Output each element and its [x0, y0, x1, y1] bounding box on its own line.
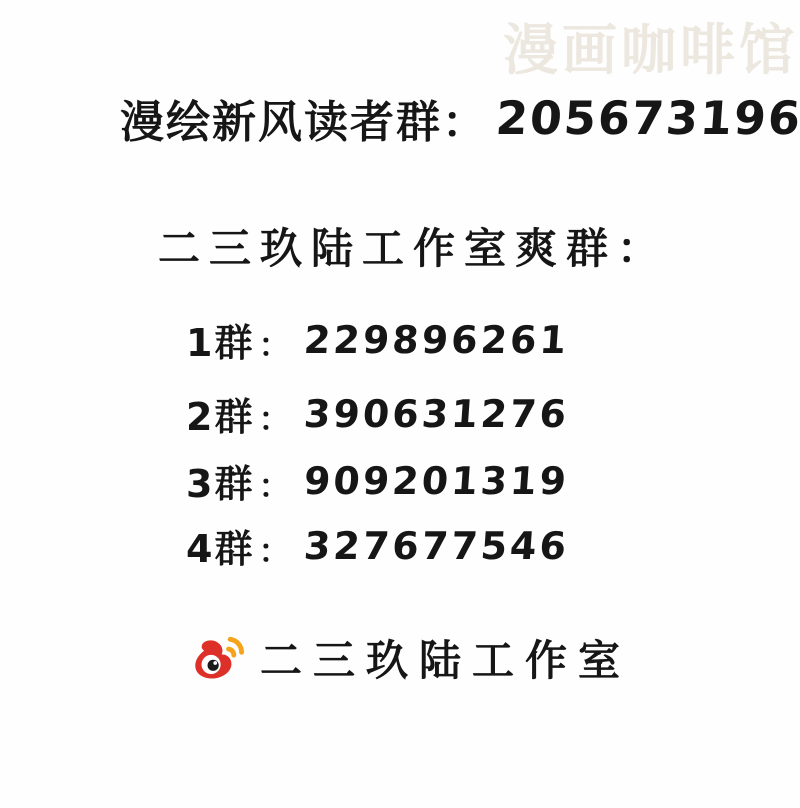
group-4-number: 327677546: [303, 524, 571, 568]
studio-groups-title: 二三玖陆工作室爽群：: [158, 216, 668, 276]
group-3-label: 3群: [186, 453, 254, 508]
group-2-number: 390631276: [303, 392, 571, 436]
group-row-2: 2群 ： 390631276: [186, 386, 569, 441]
weibo-account-row: 二三玖陆工作室: [192, 628, 631, 688]
group-3-colon: ：: [258, 461, 290, 507]
group-1-number: 229896261: [303, 318, 571, 362]
group-4-colon: ：: [258, 526, 290, 572]
watermark: 漫画咖啡馆: [503, 6, 798, 85]
group-2-colon: ：: [258, 394, 290, 440]
group-1-colon: ：: [258, 320, 290, 366]
group-1-label: 1群: [186, 312, 254, 367]
weibo-account-name: 二三玖陆工作室: [260, 628, 631, 688]
comic-credits-page: 漫画咖啡馆 漫绘新风读者群： 205673196 二三玖陆工作室爽群： 1群 ：…: [0, 0, 800, 808]
group-row-4: 4群 ： 327677546: [186, 518, 569, 573]
reader-group-number: 205673196: [494, 91, 800, 145]
group-row-1: 1群 ： 229896261: [186, 312, 569, 367]
reader-group-label: 漫绘新风读者群：: [120, 86, 488, 150]
group-3-number: 909201319: [303, 459, 571, 503]
group-2-label: 2群: [186, 386, 254, 441]
group-4-label: 4群: [186, 518, 254, 573]
weibo-icon: [192, 633, 244, 683]
group-row-3: 3群 ： 909201319: [186, 453, 569, 508]
reader-group-line: 漫绘新风读者群： 205673196: [120, 86, 800, 150]
